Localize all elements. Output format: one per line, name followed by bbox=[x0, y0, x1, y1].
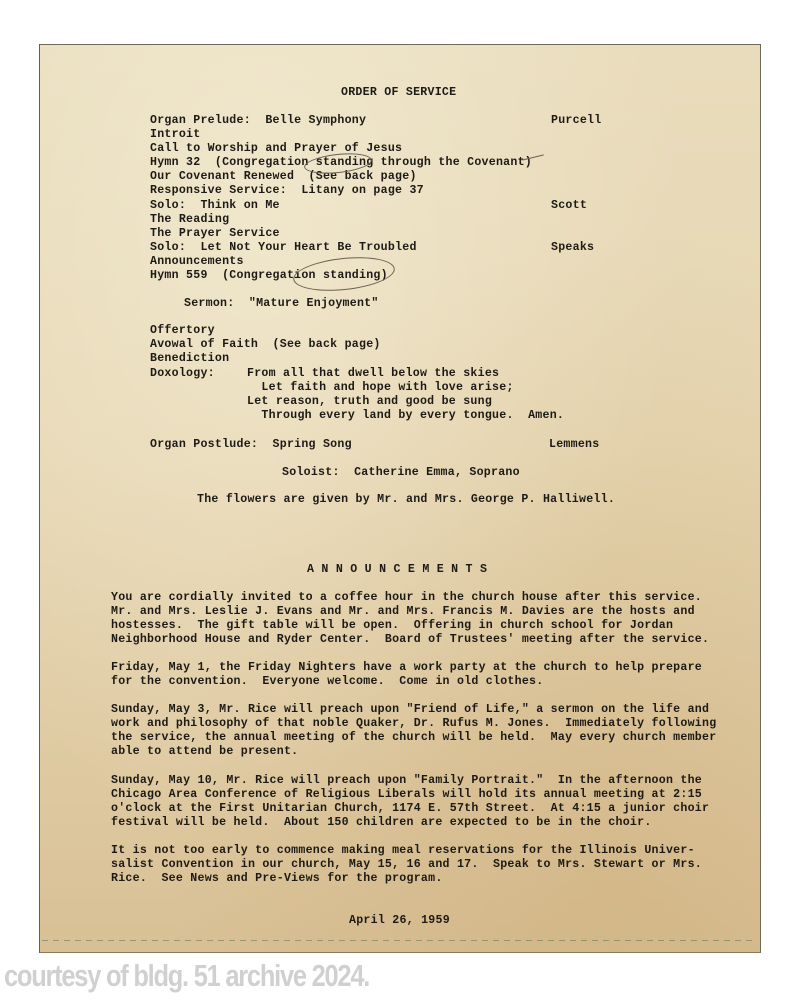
doxology-line: Through every land by every tongue. Amen… bbox=[247, 409, 564, 423]
service-item: Avowal of Faith (See back page) bbox=[150, 338, 381, 352]
announcement-line: Sunday, May 10, Mr. Rice will preach upo… bbox=[111, 774, 702, 788]
fold-line bbox=[42, 940, 756, 941]
announcement-line: work and philosophy of that noble Quaker… bbox=[111, 717, 716, 731]
service-item: Solo: Let Not Your Heart Be Troubled bbox=[150, 241, 417, 255]
announcement-line: Rice. See News and Pre-Views for the pro… bbox=[111, 872, 443, 886]
service-composer: Scott bbox=[551, 199, 587, 213]
doxology-line: Let reason, truth and good be sung bbox=[247, 395, 492, 409]
announcement-line: salist Convention in our church, May 15,… bbox=[111, 858, 702, 872]
document-date: April 26, 1959 bbox=[349, 914, 450, 928]
announcement-line: the service, the annual meeting of the c… bbox=[111, 731, 716, 745]
service-item: Benediction bbox=[150, 352, 229, 366]
service-composer: Purcell bbox=[551, 114, 601, 128]
doxology-line: From all that dwell below the skies bbox=[247, 367, 499, 381]
service-item: The Reading bbox=[150, 213, 229, 227]
service-item: Solo: Think on Me bbox=[150, 199, 280, 213]
announcement-line: hostesses. The gift table will be open. … bbox=[111, 619, 673, 633]
flowers-credit: The flowers are given by Mr. and Mrs. Ge… bbox=[197, 493, 615, 507]
announcement-line: festival will be held. About 150 childre… bbox=[111, 816, 652, 830]
announcement-line: It is not too early to commence making m… bbox=[111, 844, 695, 858]
announcement-line: Sunday, May 3, Mr. Rice will preach upon… bbox=[111, 703, 709, 717]
service-item: Our Covenant Renewed (See back page) bbox=[150, 170, 417, 184]
service-composer: Speaks bbox=[551, 241, 594, 255]
doxology-line: Let faith and hope with love arise; bbox=[247, 381, 514, 395]
announcements-title: A N N O U N C E M E N T S bbox=[307, 563, 487, 577]
service-item: Responsive Service: Litany on page 37 bbox=[150, 184, 424, 198]
announcement-line: Chicago Area Conference of Religious Lib… bbox=[111, 788, 702, 802]
announcement-line: Mr. and Mrs. Leslie J. Evans and Mr. and… bbox=[111, 605, 695, 619]
announcement-line: You are cordially invited to a coffee ho… bbox=[111, 591, 702, 605]
doxology-label: Doxology: bbox=[150, 367, 215, 381]
service-item: Offertory bbox=[150, 324, 215, 338]
announcement-line: o'clock at the First Unitarian Church, 1… bbox=[111, 802, 709, 816]
soloist-credit: Soloist: Catherine Emma, Soprano bbox=[282, 466, 520, 480]
service-item: The Prayer Service bbox=[150, 227, 280, 241]
service-item: Announcements bbox=[150, 255, 244, 269]
archive-watermark: courtesy of bldg. 51 archive 2024. bbox=[4, 958, 369, 994]
announcement-line: Neighborhood House and Ryder Center. Boa… bbox=[111, 633, 709, 647]
service-item: Introit bbox=[150, 128, 200, 142]
order-of-service-title: ORDER OF SERVICE bbox=[341, 86, 456, 100]
announcement-line: for the convention. Everyone welcome. Co… bbox=[111, 675, 543, 689]
announcement-line: Friday, May 1, the Friday Nighters have … bbox=[111, 661, 702, 675]
announcement-line: able to attend be present. bbox=[111, 745, 298, 759]
sermon-title: Sermon: "Mature Enjoyment" bbox=[184, 297, 379, 311]
postlude-composer: Lemmens bbox=[549, 438, 599, 452]
service-item: Organ Prelude: Belle Symphony bbox=[150, 114, 366, 128]
organ-postlude: Organ Postlude: Spring Song bbox=[150, 438, 352, 452]
